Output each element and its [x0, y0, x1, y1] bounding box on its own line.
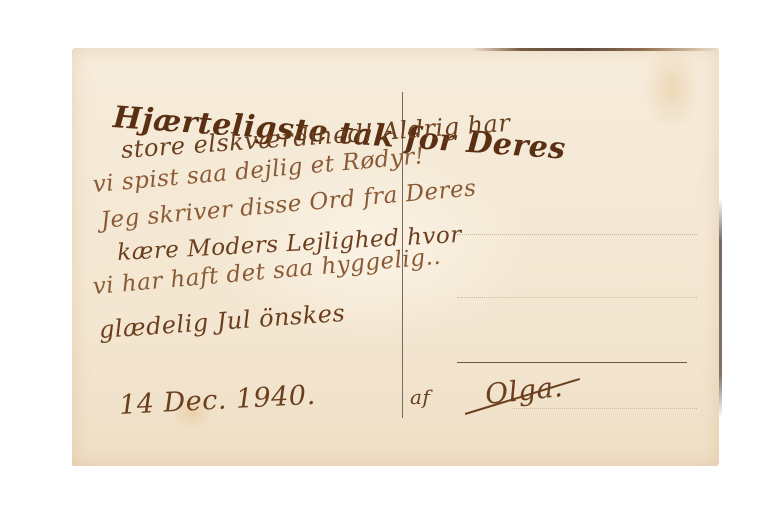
card-right-edge: [719, 198, 722, 418]
address-line-solid: [457, 362, 687, 363]
address-line: [457, 234, 697, 235]
message-line-7: glædelig Jul önskes: [98, 299, 346, 344]
address-line: [512, 408, 697, 409]
date: 14 Dec. 1940.: [118, 380, 316, 421]
card-top-edge: [472, 48, 718, 51]
postcard: Hjærteligste tak for Deres store elskvær…: [72, 48, 719, 466]
signature-prefix: af: [410, 385, 430, 409]
address-line: [457, 297, 697, 298]
